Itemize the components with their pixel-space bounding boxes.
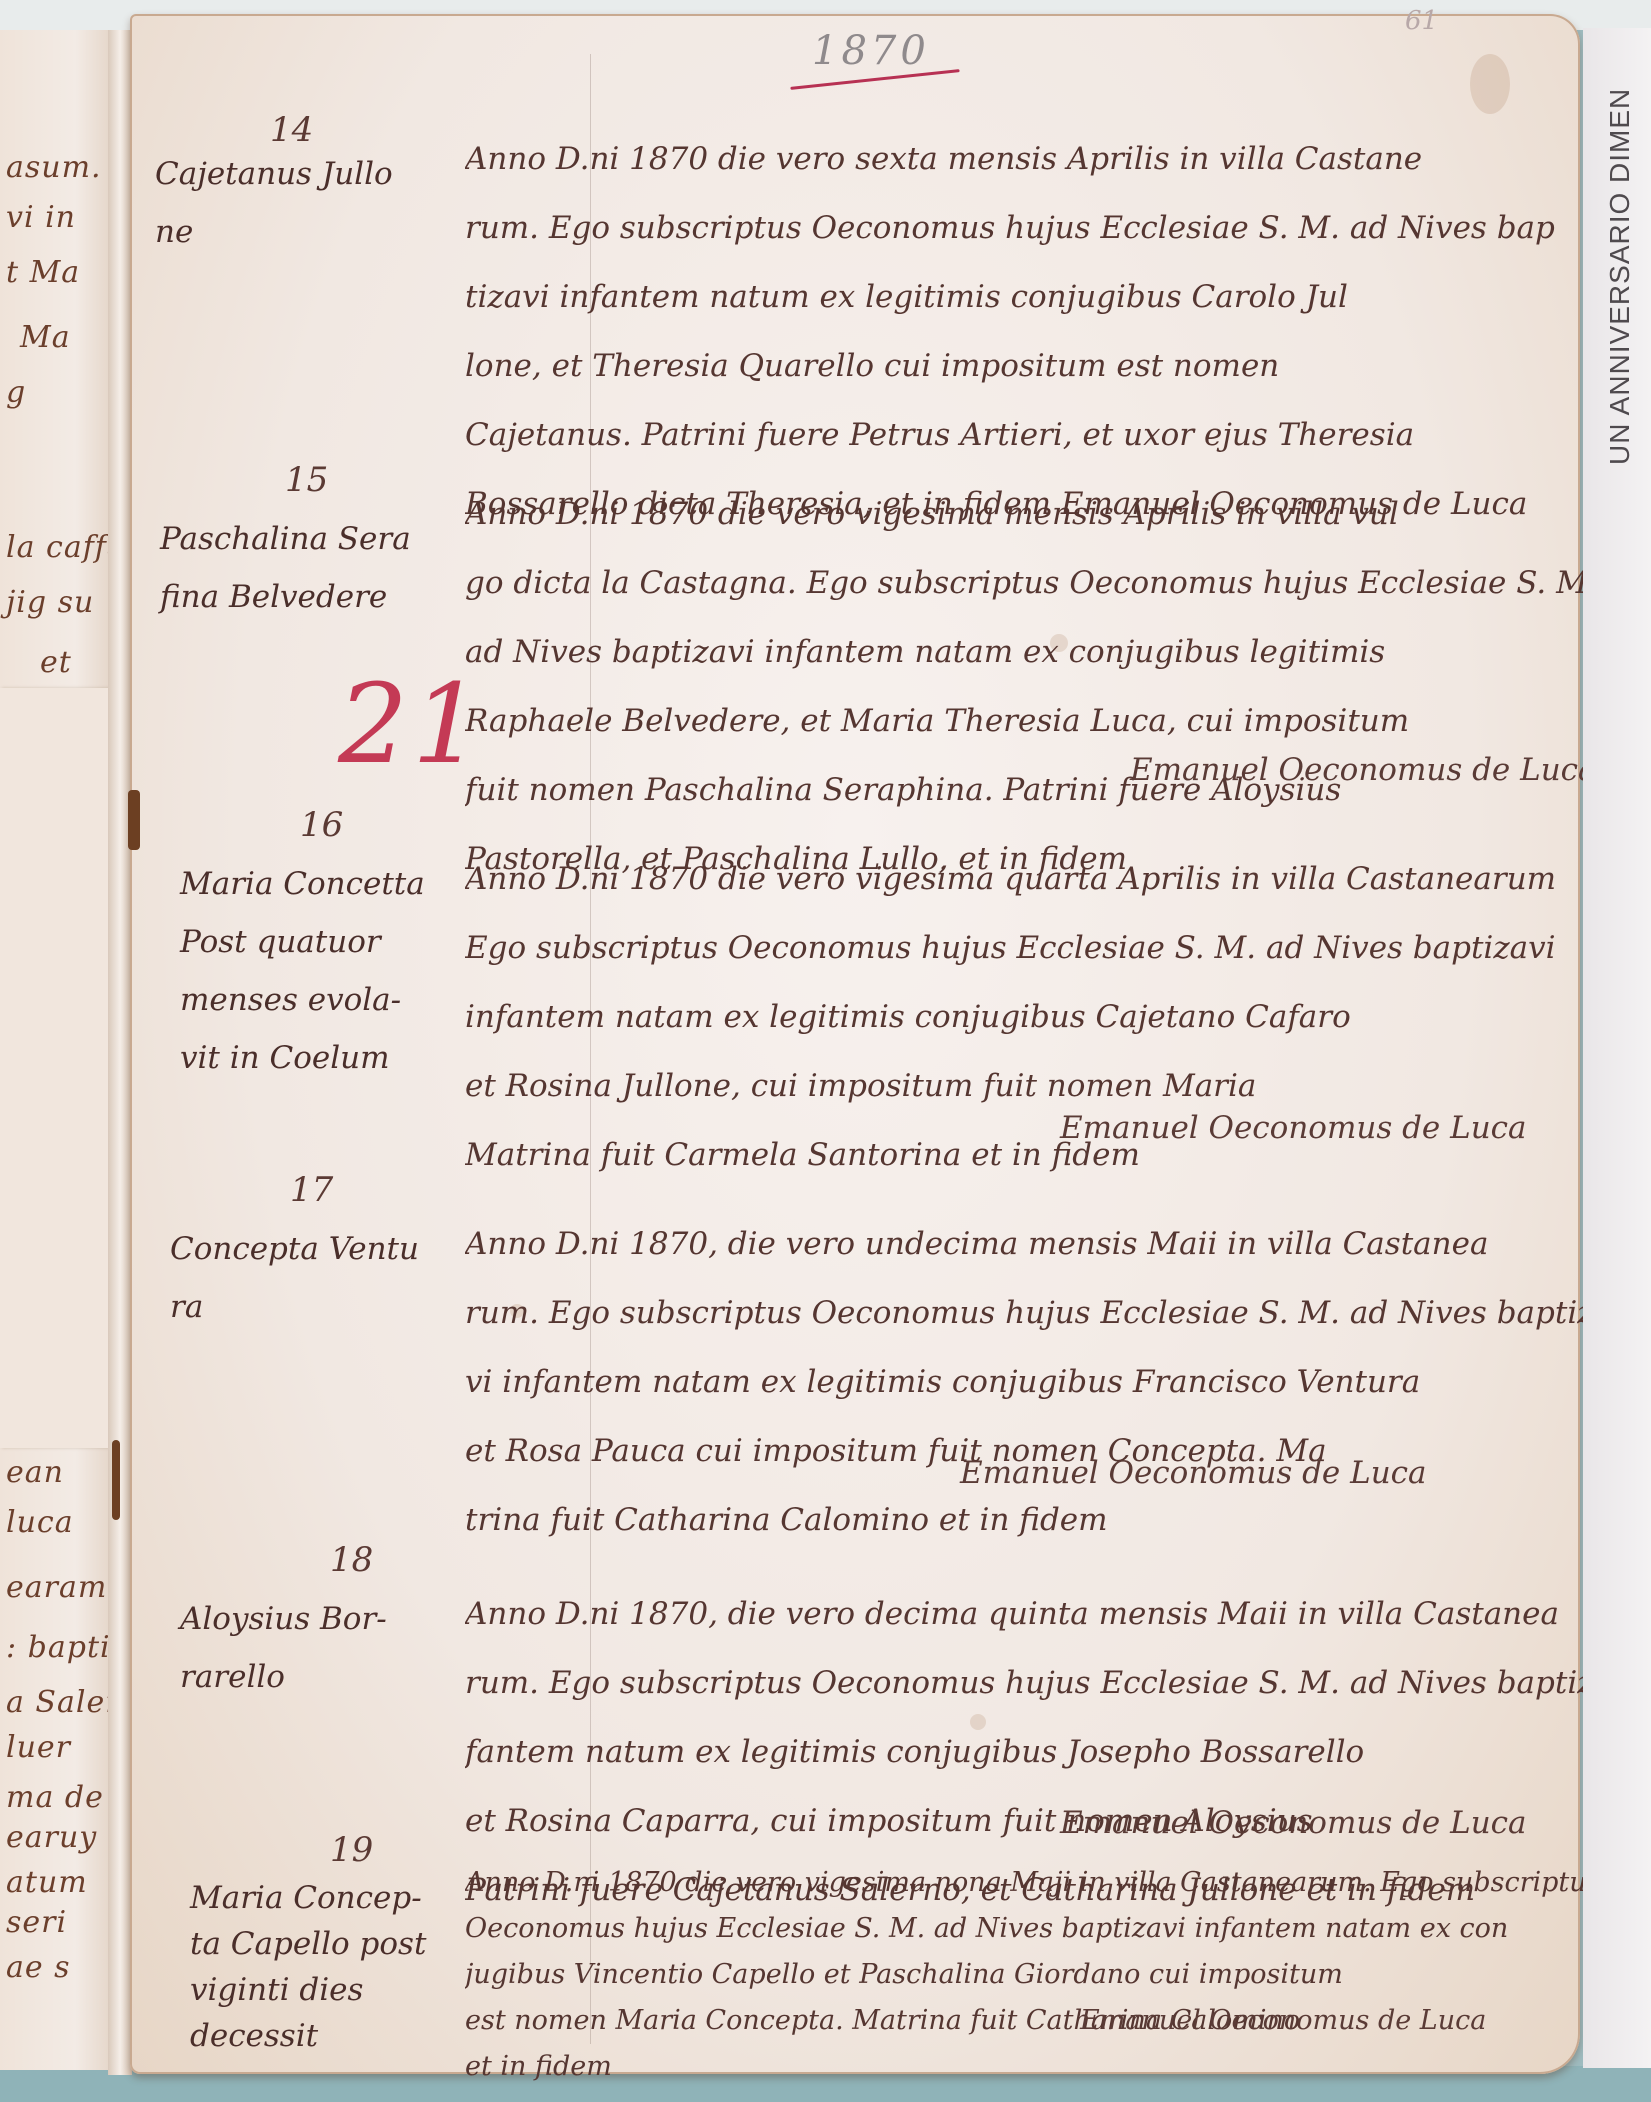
left-page-line: jig su <box>6 585 94 620</box>
margin-baptized-name: Maria Concetta Post quatuor menses evola… <box>180 855 480 1087</box>
baptism-record: Anno D.ni 1870, die vero undecima mensis… <box>465 1210 1625 1555</box>
left-page-line: vi in <box>6 200 76 235</box>
page-number: 61 <box>1405 6 1438 36</box>
entry-number: 17 <box>290 1170 333 1210</box>
record-line: vi infantem natam ex legitimis conjugibu… <box>465 1348 1625 1417</box>
margin-baptized-name: Concepta Ventu ra <box>170 1220 470 1336</box>
baptism-record: Anno D.ni 1870 die vero vigesima nona Ma… <box>465 1860 1625 2090</box>
left-page-line: asum. <box>6 150 102 185</box>
record-line: Raphaele Belvedere, et Maria Theresia Lu… <box>465 687 1625 756</box>
record-line: Anno D.ni 1870 die vero sexta mensis Apr… <box>465 125 1625 194</box>
priest-signature: Emanuel Oeconomus de Luca <box>1060 1110 1527 1146</box>
record-line: Anno D.ni 1870 die vero vigesima nona Ma… <box>465 1860 1625 1906</box>
baptism-record: Anno D.ni 1870 die vero vigesima mensis … <box>465 480 1625 894</box>
baptism-record: Anno D.ni 1870 die vero sexta mensis Apr… <box>465 125 1625 539</box>
entry-number: 16 <box>300 805 343 845</box>
record-line: rum. Ego subscriptus Oeconomus hujus Ecc… <box>465 1649 1625 1718</box>
left-page-line: earam <box>6 1570 107 1605</box>
margin-baptized-name: Aloysius Bor- rarello <box>180 1590 480 1706</box>
record-line: lone, et Theresia Quarello cui impositum… <box>465 332 1625 401</box>
record-line: ad Nives baptizavi infantem natam ex con… <box>465 618 1625 687</box>
record-line: go dicta la Castagna. Ego subscriptus Oe… <box>465 549 1625 618</box>
left-page-line: earuy <box>6 1820 97 1855</box>
priest-signature: Emanuel Oeconomus de Luca <box>960 1455 1427 1491</box>
record-line: jugibus Vincentio Capello et Paschalina … <box>465 1952 1625 1998</box>
red-folio-annotation: 21 <box>338 660 486 788</box>
left-page-line: atum <box>6 1865 88 1900</box>
record-line: tizavi infantem natum ex legitimis conju… <box>465 263 1625 332</box>
left-page-line: ae s <box>6 1950 71 1985</box>
record-line: Anno D.ni 1870 die vero vigesima mensis … <box>465 480 1625 549</box>
left-page-line: et <box>40 645 72 680</box>
record-line: Anno D.ni 1870, die vero decima quinta m… <box>465 1580 1625 1649</box>
left-page-line: luca <box>6 1505 74 1540</box>
record-line: fantem natum ex legitimis conjugibus Jos… <box>465 1718 1625 1787</box>
left-page-line: g <box>6 375 26 410</box>
margin-baptized-name: Cajetanus Jullo ne <box>155 145 455 261</box>
record-line: trina fuit Catharina Calomino et in fide… <box>465 1486 1625 1555</box>
entry-number: 19 <box>330 1830 373 1870</box>
record-line: infantem natam ex legitimis conjugibus C… <box>465 983 1625 1052</box>
entry-number: 15 <box>285 460 328 500</box>
left-page-line: seri <box>6 1905 67 1940</box>
record-line: rum. Ego subscriptus Oeconomus hujus Ecc… <box>465 1279 1625 1348</box>
left-page-line: : bapti <box>6 1630 111 1665</box>
page-year-header: 1870 <box>812 28 930 74</box>
left-page-line: a Saler <box>6 1685 121 1720</box>
margin-baptized-name: Maria Concep- ta Capello post viginti di… <box>190 1875 490 2059</box>
left-page-line: luer <box>6 1730 71 1765</box>
left-page-line: t Ma <box>6 255 80 290</box>
margin-baptized-name: Paschalina Sera fina Belvedere <box>160 510 460 626</box>
record-line: Anno D.ni 1870, die vero undecima mensis… <box>465 1210 1625 1279</box>
priest-signature: Emanuel Oeconomus de Luca <box>1080 2005 1486 2036</box>
left-page-line: Ma <box>20 320 71 355</box>
priest-signature: Emanuel Oeconomus de Luca <box>1060 1805 1527 1841</box>
binding-thread <box>128 790 140 850</box>
record-line: Ego subscriptus Oeconomus hujus Ecclesia… <box>465 914 1625 983</box>
book-spine <box>108 30 132 2075</box>
sticker-text: UN ANNIVERSARIO DIMEN <box>1604 88 1636 465</box>
priest-signature: Emanuel Oeconomus de Luca <box>1130 752 1597 788</box>
entry-number: 18 <box>330 1540 373 1580</box>
paper-stain <box>1470 54 1510 114</box>
left-page-line: ean <box>6 1455 64 1490</box>
entry-number: 14 <box>270 110 313 150</box>
record-line: rum. Ego subscriptus Oeconomus hujus Ecc… <box>465 194 1625 263</box>
record-line: Cajetanus. Patrini fuere Petrus Artieri,… <box>465 401 1625 470</box>
binding-thread <box>112 1440 120 1520</box>
record-line: Oeconomus hujus Ecclesiae S. M. ad Nives… <box>465 1906 1625 1952</box>
record-line: Anno D.ni 1870 die vero vigesima quarta … <box>465 845 1625 914</box>
record-line: et in fidem <box>465 2044 1625 2090</box>
